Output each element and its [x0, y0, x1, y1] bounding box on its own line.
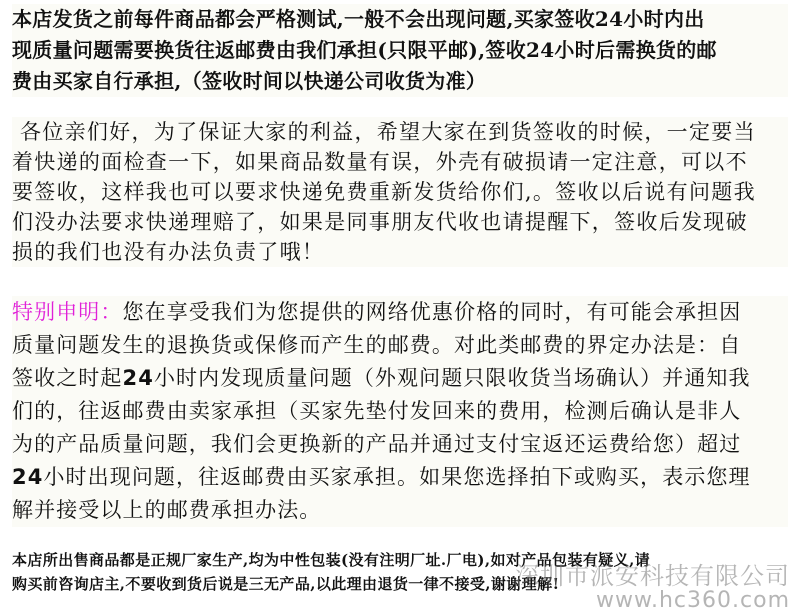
- packaging-notice: 本店所出售商品都是正规厂家生产,均为中性包装(没有注明厂址.厂电),如对产品包装…: [12, 548, 788, 596]
- special-statement-paragraph: 特别申明：您在享受我们为您提供的网络优惠价格的同时，有可能会承担因 质量问题发生…: [12, 296, 788, 527]
- text-line: 购买前咨询店主,不要收到货后说是三无产品,以此理由退货一律不接受,谢谢理解!: [12, 572, 788, 596]
- shipping-test-paragraph: 本店发货之前每件商品都会严格测试,一般不会出现问题,买家签收24小时内出 现质量…: [12, 4, 788, 97]
- text-line: 为的产品质量问题，我们会更换新的产品并通过支付宝返还运费给您）超过: [12, 428, 788, 461]
- special-statement-label: 特别申明：: [12, 300, 123, 324]
- hours-number: 24: [12, 465, 43, 489]
- text-line: 质量问题发生的退换货或保修而产生的邮费。对此类邮费的界定办法是：自: [12, 329, 788, 362]
- text-line: 损的我们也没有办法负责了哦！: [12, 237, 788, 267]
- text-line: 们没办法要求快递理赔了，如果是同事朋友代收也请提醒下，签收后发现破: [12, 207, 788, 237]
- text-line: 要签收，这样我也可以要求快递免费重新发货给你们,。签收以后说有问题我: [12, 177, 788, 207]
- text-line: 们的，往返邮费由卖家承担（买家先垫付发回来的费用，检测后确认是非人: [12, 395, 788, 428]
- text-line: 本店发货之前每件商品都会严格测试,一般不会出现问题,买家签收24小时内出: [12, 4, 788, 35]
- product-policy-image: 本店发货之前每件商品都会严格测试,一般不会出现问题,买家签收24小时内出 现质量…: [0, 0, 796, 615]
- text-line: 现质量问题需要换货往返邮费由我们承担(只限平邮),签收24小时后需换货的邮: [12, 35, 788, 66]
- text-line: 特别申明：您在享受我们为您提供的网络优惠价格的同时，有可能会承担因: [12, 296, 788, 329]
- text-line: 解并接受以上的邮费承担办法。: [12, 494, 788, 527]
- text-line: 本店所出售商品都是正规厂家生产,均为中性包装(没有注明厂址.厂电),如对产品包装…: [12, 548, 788, 572]
- text-segment: 小时出现问题，往返邮费由买家承担。如果您选择拍下或购买，表示您理: [43, 465, 750, 489]
- text-line: 着快递的面检查一下，如果商品数量有误，外壳有破损请一定注意，可以不: [12, 147, 788, 177]
- text-line: 24小时出现问题，往返邮费由买家承担。如果您选择拍下或购买，表示您理: [12, 461, 788, 494]
- text-segment: 签收之时起: [12, 366, 123, 390]
- delivery-inspection-paragraph: 各位亲们好，为了保证大家的利益，希望大家在到货签收的时候，一定要当 着快递的面检…: [12, 117, 788, 267]
- text-line: 费由买家自行承担,（签收时间以快递公司收货为准）: [12, 66, 788, 97]
- text-line: 各位亲们好，为了保证大家的利益，希望大家在到货签收的时候，一定要当: [12, 117, 788, 147]
- hours-number: 24: [123, 366, 154, 390]
- text-segment: 小时内发现质量问题（外观问题只限收货当场确认）并通知我: [154, 366, 751, 390]
- text-line: 签收之时起24小时内发现质量问题（外观问题只限收货当场确认）并通知我: [12, 362, 788, 395]
- text-segment: 您在享受我们为您提供的网络优惠价格的同时，有可能会承担因: [123, 300, 742, 324]
